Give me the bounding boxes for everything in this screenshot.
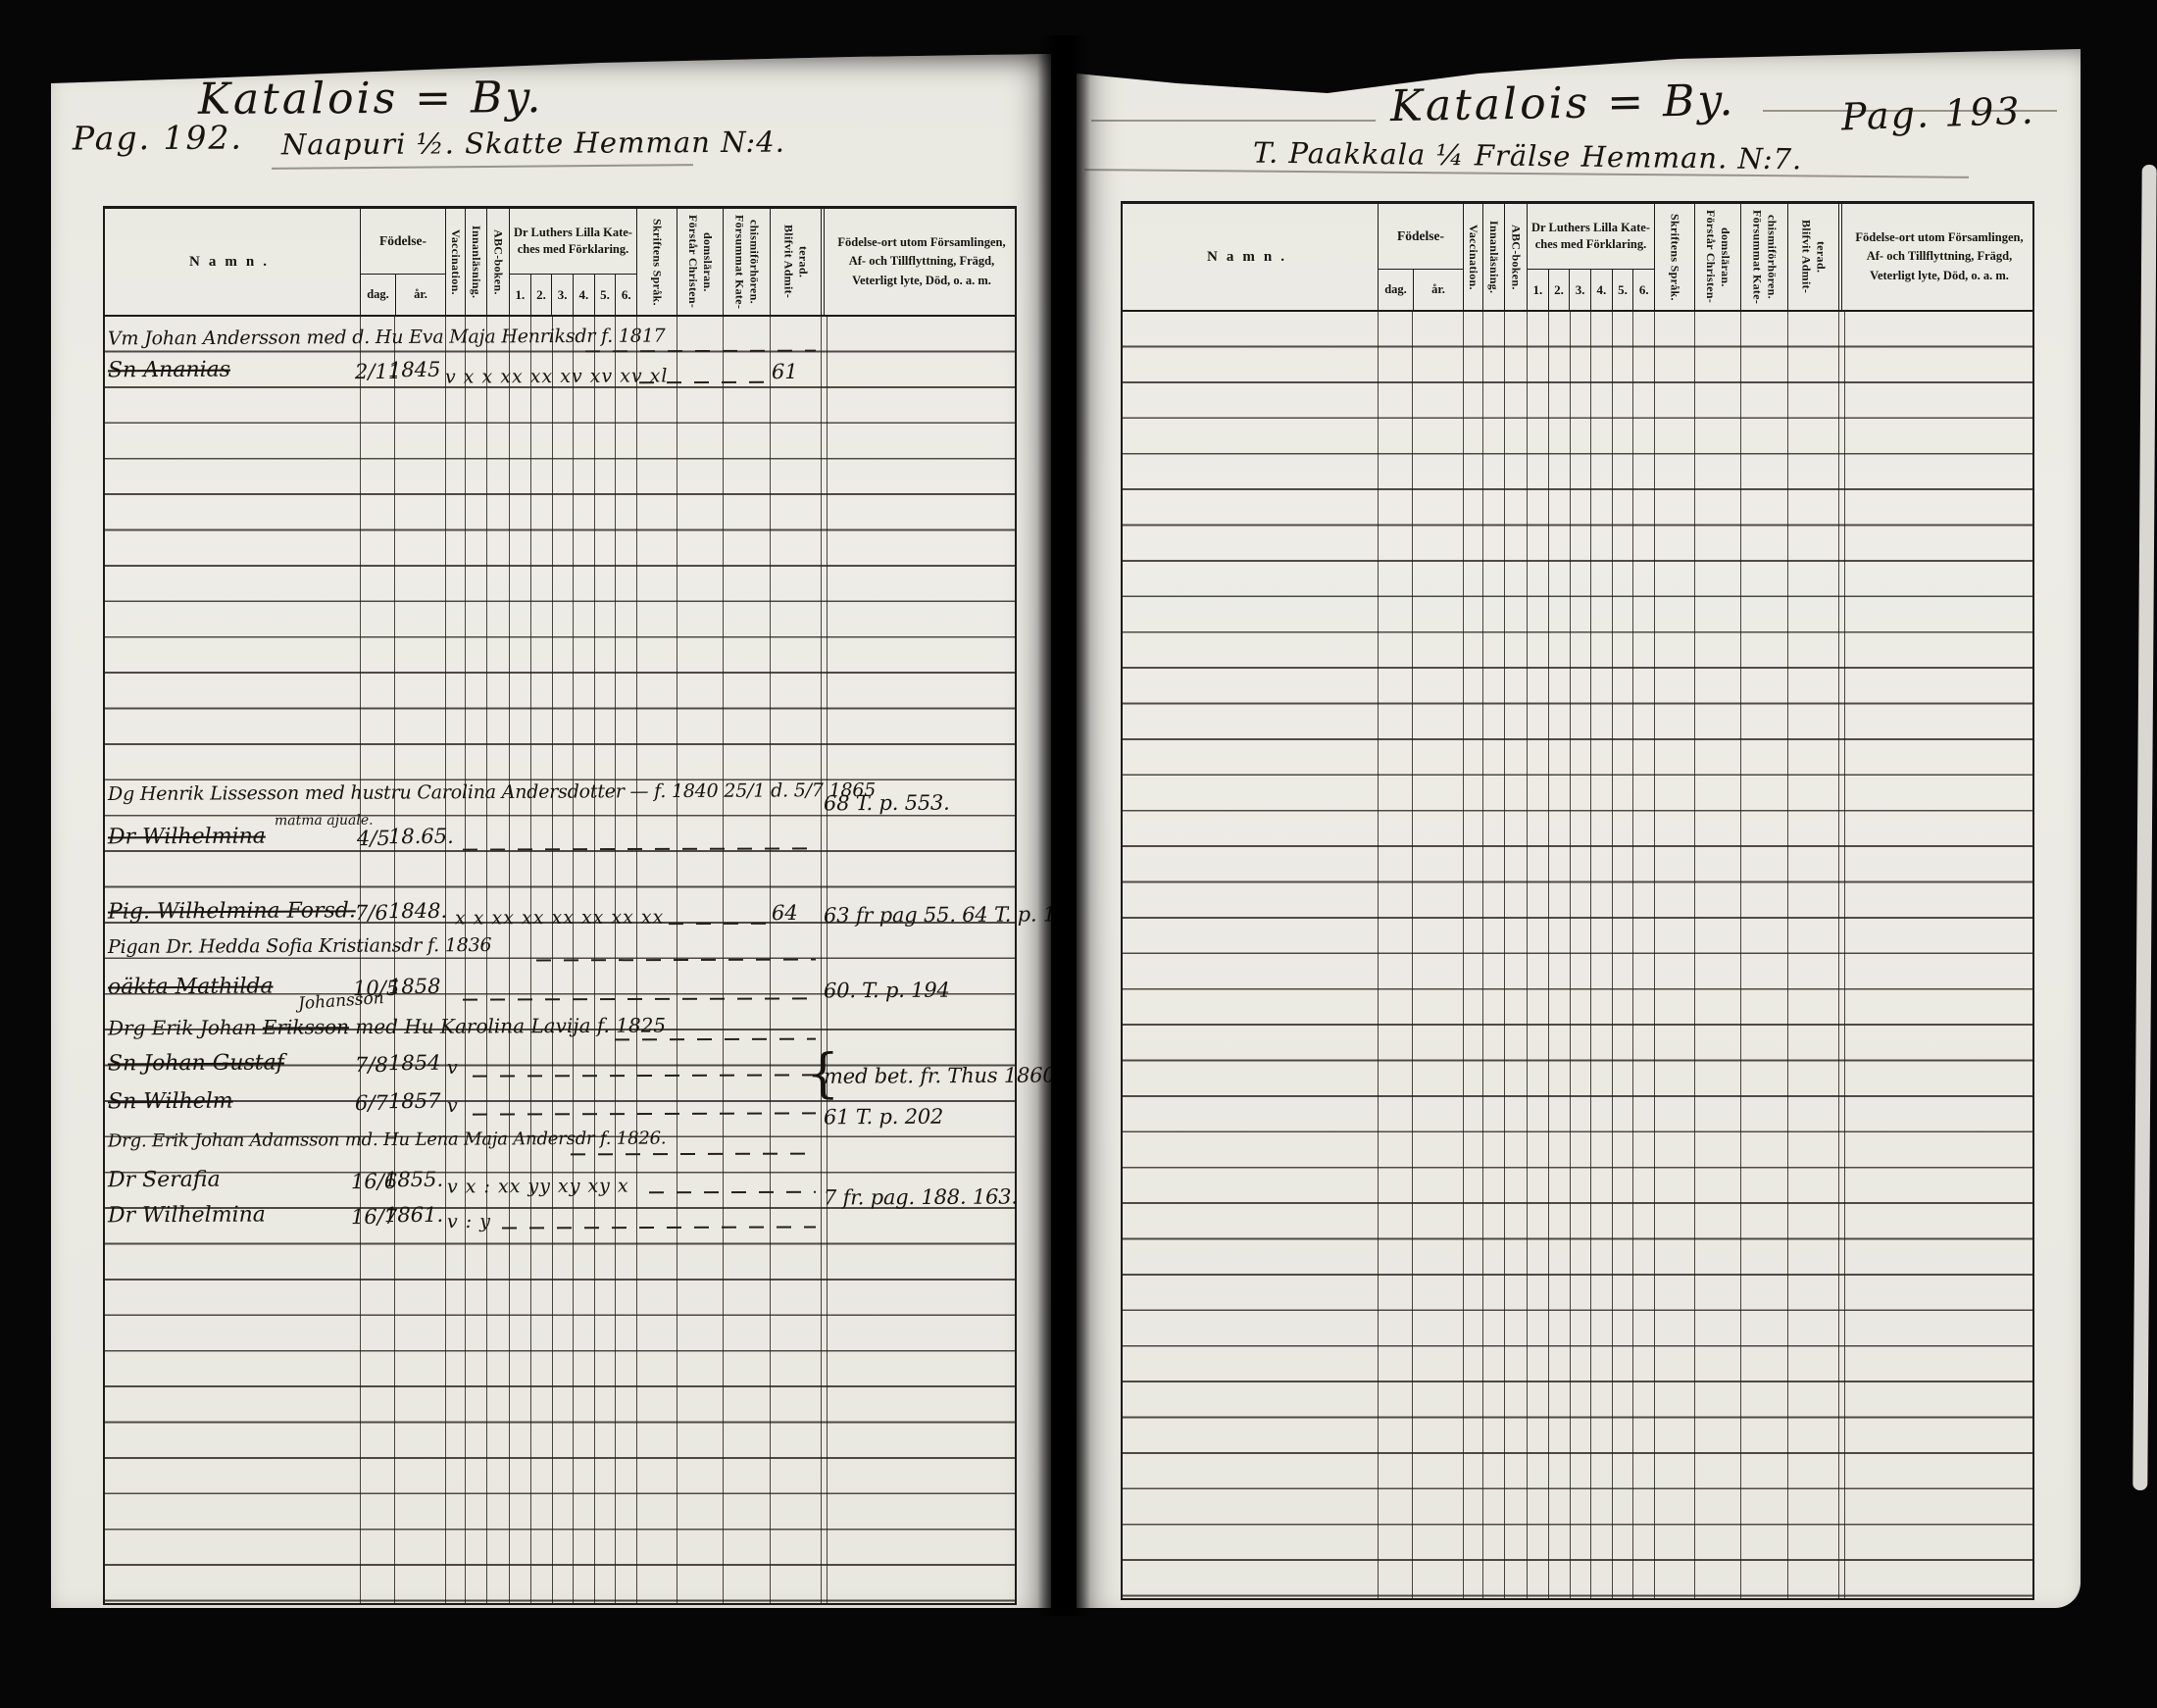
column-header-label: Vaccination. [448,229,463,295]
entry-birth-year: 1857 [388,1089,441,1113]
column-header-label: chismiförhören. [1765,215,1780,299]
column-header-label: ABC-boken. [1509,225,1524,290]
column-rule [486,317,487,1603]
katekes-subcolumn: 1. [510,275,530,315]
entry-birth-year: 18.65. [388,825,454,848]
scanned-parish-register-spread: Katalois = By. Pag. 192. Naapuri ½. Skat… [0,0,2157,1708]
column-header-label: Namn. [189,254,276,271]
katekes-subcolumn: 5. [1612,270,1633,310]
entry-name: Dg Henrik Lissesson med hustru Carolina … [108,779,876,805]
column-header-label: Af- och Tillflyttning, Frägd, [1867,247,2013,266]
column-rule [1838,312,1839,1598]
column-rule [1632,312,1633,1598]
column-rule [1590,312,1591,1598]
column-header-innanlasning: Innanläsning. [1482,204,1504,310]
column-header-ar: år. [1413,270,1463,310]
entry-name-part: med Hu Karolina Lavija f. 1825 [349,1014,666,1039]
katekes-subcolumn: 1. [1528,270,1548,310]
column-header-label: domsläran. [700,232,715,292]
column-header-vaccination: Vaccination. [445,209,465,315]
entry-name: Sn Ananias [108,358,230,383]
column-header-label: Innanläsning. [469,226,483,298]
column-header-label: Skriftens Språk. [650,219,665,306]
column-rule [1694,312,1695,1598]
entry-name: Dr Wilhelmina [108,1203,266,1229]
entry-name-struck: Eriksson [263,1015,349,1038]
column-header-namn: Namn. [105,209,360,315]
column-rule [1378,312,1379,1598]
entry-note: 60. T. p. 194 [824,979,950,1003]
entry-birth-year: 1848. [388,899,447,923]
entry-examination-marks: v x : xx yy xy xy x [447,1176,629,1198]
column-header-forsummat-katechismiforhoren: Försummat Kate- chismiförhören. [723,209,770,315]
entry-name: Pigan Dr. Hedda Sofia Kristiansdr f. 183… [108,934,492,958]
katekes-subcolumn: 4. [573,275,594,315]
village-title: Katalois = By. [198,73,544,125]
column-rule [1612,312,1613,1598]
column-rule [1787,312,1788,1598]
entry-birth-year: 1855. [384,1168,443,1191]
column-header-label: Veterligt lyte, Död, o. a. m. [852,272,991,290]
entry-name: Dr Wilhelmina [108,825,266,850]
column-rule [1570,312,1571,1598]
table-header-row: Namn. Födelse- dag. år. Vaccination. Inn… [105,209,1015,317]
column-rule [1504,312,1505,1598]
column-header-label: Blifvit Admit- [1799,220,1814,293]
column-header-innanlasning: Innanläsning. [465,209,486,315]
katekes-subcolumn: 3. [551,275,573,315]
entry-examination-marks: v [447,1095,459,1117]
village-title: Katalois = By. [1390,75,1736,131]
column-rule [1463,312,1464,1598]
column-header-label: Födelse-ort utom Församlingen, [837,233,1005,252]
entry-birth-day: 4/5 [357,827,390,850]
column-header-label: Veterligt lyte, Död, o. a. m. [1870,267,2009,285]
column-header-ar: år. [395,275,445,315]
column-header-katekes: Dr Luthers Lilla Kate- ches med Förklari… [1527,204,1654,310]
katekes-subcolumn: 5. [594,275,616,315]
entry-name: Pig. Wilhelmina Forsd. [108,898,356,924]
column-rule [465,317,466,1603]
column-header-label: Blifvit Admit- [781,225,796,298]
entry-name: Drg Erik Johan Eriksson med Hu Karolina … [108,1014,666,1040]
entry-name: oäkta Mathilda [108,975,274,1000]
column-header-label: ABC-boken. [491,229,506,295]
column-rule [1412,312,1413,1598]
katekes-subcolumn: 3. [1569,270,1590,310]
column-rule [1654,312,1655,1598]
column-header-abc-boken: ABC-boken. [1504,204,1527,310]
column-header-label: Namn. [1207,249,1293,266]
column-header-notes: Födelse-ort utom Församlingen, Af- och T… [1838,204,2036,310]
handwritten-dash [639,381,767,384]
ruled-line [272,164,693,169]
entry-name: Vm Johan Andersson med d. Hu Eva Maja He… [108,326,666,350]
column-header-namn: Namn. [1123,204,1378,310]
entry-examination-marks: v : y [447,1211,491,1232]
column-rule [394,317,395,1603]
column-rule [445,317,446,1603]
column-header-dag: dag. [361,275,395,315]
homestead-subtitle: T. Paakkala ¼ Frälse Hemman. N:7. [1253,136,1803,176]
entry-examination-marks: v [447,1057,459,1079]
column-header-label: Dr Luthers Lilla Kate- [1531,220,1650,236]
ruled-line [1091,120,1376,122]
column-header-label: Födelse-ort utom Församlingen, [1855,228,2023,247]
column-header-label: Dr Luthers Lilla Kate- [514,225,632,241]
column-header-label: ches med Förklaring. [1535,236,1647,253]
column-header-dag: dag. [1379,270,1413,310]
entry-name: Drg. Erik Johan Adamsson md. Hu Lena Maj… [108,1129,666,1152]
column-header-label: Förstår Christen- [685,215,700,308]
column-header-blifvit-admitterad: Blifvit Admit- terad. [1787,204,1838,310]
column-header-katekes: Dr Luthers Lilla Kate- ches med Förklari… [509,209,636,315]
column-header-label: chismiförhören. [747,220,762,304]
column-header-label: Födelse- [361,209,445,275]
column-header-label: Innanläsning. [1486,221,1501,293]
column-rule [360,317,361,1603]
entry-birth-day: 7/8 [355,1053,388,1077]
entry-name: Sn Wilhelm [108,1089,233,1115]
entry-birth-year: 1854 [388,1051,441,1075]
left-page: Katalois = By. Pag. 192. Naapuri ½. Skat… [51,54,1051,1608]
column-header-forstar-christendomslaran: Förstår Christen- domsläran. [1694,204,1740,310]
column-rule [1482,312,1483,1598]
column-header-skriftens-sprak: Skriftens Språk. [1654,204,1694,310]
column-header-label: Förstår Christen- [1703,210,1718,303]
column-header-forstar-christendomslaran: Förstår Christen- domsläran. [677,209,723,315]
entry-name-part: Drg Erik Johan [108,1016,263,1040]
column-rule [1548,312,1549,1598]
column-header-fodelse: Födelse- dag. år. [1378,204,1463,310]
entry-name: Dr Serafia [108,1168,221,1193]
right-page: Katalois = By. T. Paakkala ¼ Frälse Hemm… [1077,41,2081,1608]
column-rule [821,317,822,1603]
entry-examination-marks: v x x xx xx xv xv xv xl [445,365,669,387]
column-header-label: terad. [1814,241,1829,273]
katekes-subcolumn: 6. [1632,270,1654,310]
table-body-ruled-rows [1123,312,2032,1598]
entry-birth-day: 7/6 [355,901,388,925]
entry-note: 7 fr. pag. 188. 163. [824,1184,1018,1209]
column-header-label: terad. [796,246,811,277]
entry-birth-year: 1861. [384,1203,443,1227]
column-rule [530,317,531,1603]
column-header-label: Försummat Kate- [1750,210,1765,304]
book-gutter-shadow [1037,35,1090,1616]
column-rule [1740,312,1741,1598]
katekes-subcolumn: 2. [530,275,552,315]
entry-examination-marks: x x xx xx xx xx xx xx [455,906,664,929]
column-header-abc-boken: ABC-boken. [486,209,509,315]
column-header-fodelse: Födelse- dag. år. [360,209,445,315]
handwritten-dash [669,923,767,926]
column-header-forsummat-katechismiforhoren: Försummat Kate- chismiförhören. [1740,204,1787,310]
column-header-notes: Födelse-ort utom Församlingen, Af- och T… [821,209,1019,315]
column-header-vaccination: Vaccination. [1463,204,1482,310]
entry-birth-day: 6/7 [355,1091,388,1115]
column-header-label: Skriftens Språk. [1668,214,1682,301]
column-header-label: Försummat Kate- [732,215,747,309]
entry-admitted-year: 61 [772,360,798,383]
homestead-subtitle: Naapuri ½. Skatte Hemman N:4. [281,126,785,162]
katekes-subcolumn: 2. [1548,270,1570,310]
column-rule [1527,312,1528,1598]
column-rule [509,317,510,1603]
column-header-label: Vaccination. [1466,225,1480,290]
column-rule [1844,312,1845,1598]
column-header-blifvit-admitterad: Blifvit Admit- terad. [770,209,821,315]
examination-register-table: Namn. Födelse- dag. år. Vaccination. Inn… [1121,201,2034,1600]
entry-name: Sn Johan Gustaf [108,1051,284,1077]
entry-birth-year: 1845 [388,358,441,381]
page-number: Pag. 193. [1840,89,2035,139]
page-number: Pag. 192. [73,119,243,158]
entry-note: 61 T. p. 202 [824,1105,943,1130]
scan-edge-sliver [2132,165,2156,1490]
entry-note: 68 T. p. 553. [824,791,950,816]
column-header-label: Af- och Tillflyttning, Frägd, [849,252,995,271]
katekes-subcolumn: 4. [1590,270,1612,310]
column-header-label: ches med Förklaring. [518,241,629,258]
column-header-label: Födelse- [1379,204,1463,270]
entry-birth-year: 1858 [388,975,441,998]
entry-admitted-year: 64 [772,901,798,925]
column-header-label: domsläran. [1718,227,1732,287]
table-header-row: Namn. Födelse- dag. år. Vaccination. Inn… [1123,204,2032,312]
katekes-subcolumn: 6. [615,275,636,315]
column-header-skriftens-sprak: Skriftens Språk. [636,209,677,315]
column-rule [827,317,828,1603]
